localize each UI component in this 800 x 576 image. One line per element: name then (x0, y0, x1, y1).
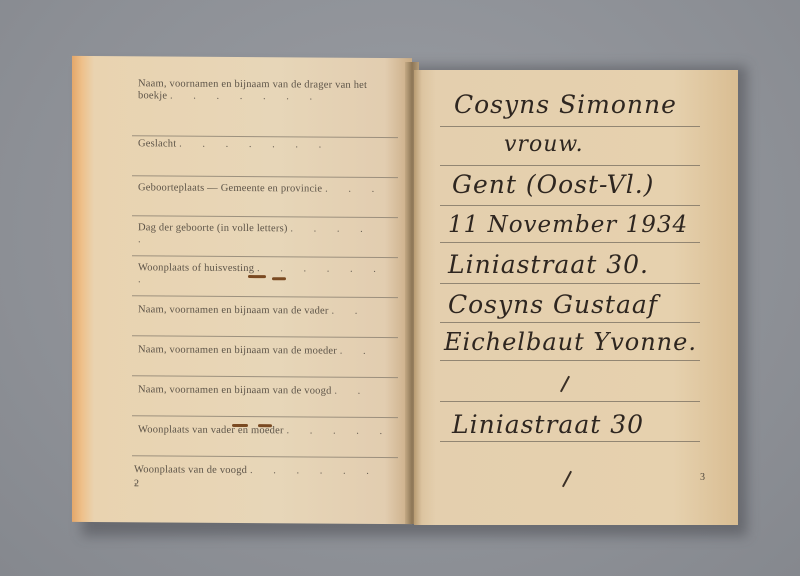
field-rule (132, 295, 398, 298)
field-row-birthplace: Geboorteplaats — Gemeente en provincie .… (72, 182, 412, 184)
field-label: Woonplaats van de voogd . . . . . . . (134, 464, 392, 490)
rust-stain (232, 424, 248, 427)
rust-stain (258, 424, 272, 427)
handwritten-residence: Liniastraat 30. (448, 250, 649, 279)
field-label: Naam, voornamen en bijnaam van de vader … (138, 304, 392, 318)
field-label: Naam, voornamen en bijnaam van de voogd … (138, 384, 392, 398)
field-rule (132, 455, 398, 458)
field-row-guardian-name: Naam, voornamen en bijnaam van de voogd … (72, 384, 412, 386)
field-rule (132, 255, 398, 258)
handwritten-birthdate: 11 November 1934 (448, 212, 688, 238)
field-rule (132, 375, 398, 378)
rust-stain (248, 275, 266, 278)
entry-rule (440, 322, 700, 323)
handwritten-father-name: Cosyns Gustaaf (448, 290, 658, 319)
entry-rule (440, 126, 700, 127)
left-page: Naam, voornamen en bijnaam van de drager… (72, 56, 412, 524)
field-label: Naam, voornamen en bijnaam van de moeder… (138, 344, 392, 358)
field-row-bearer-name: Naam, voornamen en bijnaam van de drager… (72, 78, 412, 80)
handwritten-sex: vrouw. (504, 132, 584, 157)
field-rule (132, 175, 398, 178)
field-label: Geboorteplaats — Gemeente en provincie .… (138, 182, 392, 196)
handwritten-guardian-residence-dash (562, 471, 572, 488)
field-label: Dag der geboorte (in volle letters) . . … (138, 222, 392, 248)
field-row-father-name: Naam, voornamen en bijnaam van de vader … (72, 304, 412, 306)
field-row-guardian-residence: Woonplaats van de voogd . . . . . . . (72, 464, 412, 466)
right-page: Cosyns Simonne vrouw. Gent (Oost-Vl.) 11… (414, 70, 738, 525)
field-row-mother-name: Naam, voornamen en bijnaam van de moeder… (72, 344, 412, 346)
entry-rule (440, 165, 700, 166)
field-label: Geslacht . . . . . . . (138, 138, 392, 152)
page-number: 3 (700, 472, 705, 483)
field-row-sex: Geslacht . . . . . . . (72, 138, 412, 140)
field-label: Naam, voornamen en bijnaam van de drager… (138, 78, 392, 104)
entry-rule (440, 441, 700, 442)
handwritten-mother-name: Eichelbaut Yvonne. (444, 328, 697, 356)
page-number: 2 (134, 478, 139, 489)
entry-rule (440, 360, 700, 361)
rust-stain (272, 277, 286, 280)
entry-rule (440, 401, 700, 402)
entry-rule (440, 205, 700, 206)
field-rule (132, 215, 398, 218)
field-row-birthdate: Dag der geboorte (in volle letters) . . … (72, 222, 412, 224)
handwritten-parents-residence: Liniastraat 30 (452, 410, 644, 439)
handwritten-birthplace: Gent (Oost-Vl.) (452, 170, 654, 199)
field-rule (132, 335, 398, 338)
handwritten-name: Cosyns Simonne (454, 90, 677, 119)
handwritten-guardian-dash (560, 376, 570, 393)
entry-rule (440, 242, 700, 243)
open-booklet: Naam, voornamen en bijnaam van de drager… (0, 0, 800, 576)
entry-rule (440, 283, 700, 284)
field-rule (132, 415, 398, 418)
field-row-residence: Woonplaats of huisvesting . . . . . . . (72, 262, 412, 264)
